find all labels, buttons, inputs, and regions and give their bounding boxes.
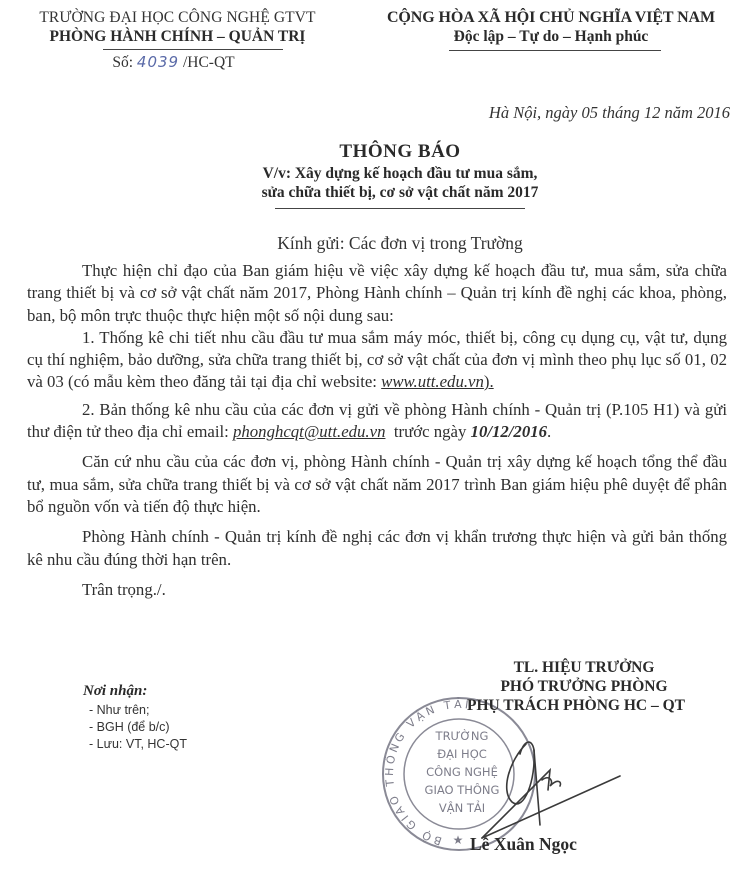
recipient-item: - Như trên; xyxy=(89,702,333,719)
item-1: 1. Thống kê chi tiết nhu cầu đầu tư mua … xyxy=(27,327,727,394)
recipients-list: - Như trên; - BGH (để b/c) - Lưu: VT, HC… xyxy=(89,702,333,753)
handwritten-number: 4039 xyxy=(137,53,179,71)
email-link[interactable]: phonghcqt@utt.edu.vn xyxy=(233,422,385,441)
paragraph-3: Căn cứ nhu cầu của các đơn vị, phòng Hàn… xyxy=(27,451,727,518)
item-1-text: 1. Thống kê chi tiết nhu cầu đầu tư mua … xyxy=(27,328,727,392)
number-prefix: Số: xyxy=(112,54,133,71)
title-block: THÔNG BÁO V/v: Xây dựng kế hoạch đầu tư … xyxy=(200,140,600,209)
signer-name: Lê Xuân Ngọc xyxy=(470,834,577,855)
intro-paragraph: Thực hiện chỉ đạo của Ban giám hiệu về v… xyxy=(27,260,727,327)
national-motto: Độc lập – Tự do – Hạnh phúc xyxy=(352,27,750,47)
organization-name: TRƯỜNG ĐẠI HỌC CÔNG NGHỆ GTVT xyxy=(0,8,355,27)
date-line: Hà Nội, ngày 05 tháng 12 năm 2016 xyxy=(489,103,730,123)
item-2-end: . xyxy=(547,422,551,441)
closing: Trân trọng./. xyxy=(27,579,727,601)
signature-block: TL. HIỆU TRƯỞNG PHÓ TRƯỞNG PHÒNG PHỤ TRÁ… xyxy=(400,658,740,715)
document-body: Thực hiện chỉ đạo của Ban giám hiệu về v… xyxy=(27,260,727,601)
greeting: Kính gửi: Các đơn vị trong Trường xyxy=(200,233,600,254)
divider xyxy=(275,208,525,209)
subject-line-1: V/v: Xây dựng kế hoạch đầu tư mua sắm, xyxy=(200,164,600,183)
signatory-authority: TL. HIỆU TRƯỞNG xyxy=(414,658,750,677)
recipients: Nơi nhận: - Như trên; - BGH (để b/c) - L… xyxy=(83,682,333,753)
divider xyxy=(449,50,661,51)
signature-icon xyxy=(480,730,660,840)
department-name: PHÒNG HÀNH CHÍNH – QUẢN TRỊ xyxy=(0,27,355,46)
divider xyxy=(103,49,283,50)
item-2-mid: trước ngày xyxy=(385,422,470,441)
deadline: 10/12/2016 xyxy=(471,422,547,441)
nation-name: CỘNG HÒA XÃ HỘI CHỦ NGHĨA VIỆT NAM xyxy=(352,8,750,27)
paragraph-4: Phòng Hành chính - Quản trị kính đề nghị… xyxy=(27,526,727,571)
recipient-item: - BGH (để b/c) xyxy=(89,719,333,736)
website-link[interactable]: www.utt.edu.vn xyxy=(381,372,484,391)
document-number: Số: 4039 /HC-QT xyxy=(0,52,351,73)
issuing-agency: TRƯỜNG ĐẠI HỌC CÔNG NGHỆ GTVT PHÒNG HÀNH… xyxy=(0,8,355,73)
recipients-label: Nơi nhận: xyxy=(83,682,333,701)
signatory-role: PHỤ TRÁCH PHÒNG HC – QT xyxy=(406,696,746,715)
document-title: THÔNG BÁO xyxy=(200,140,600,164)
signatory-position: PHÓ TRƯỞNG PHÒNG xyxy=(414,677,750,696)
item-1-end: ). xyxy=(484,372,494,391)
item-2: 2. Bản thống kê nhu cầu của các đơn vị g… xyxy=(27,399,727,444)
svg-text:★: ★ xyxy=(453,833,464,847)
subject-line-2: sửa chữa thiết bị, cơ sở vật chất năm 20… xyxy=(200,183,600,202)
national-header: CỘNG HÒA XÃ HỘI CHỦ NGHĨA VIỆT NAM Độc l… xyxy=(352,8,750,51)
number-suffix: /HC-QT xyxy=(183,54,235,71)
recipient-item: - Lưu: VT, HC-QT xyxy=(89,736,333,753)
svg-text:VẬN TẢI: VẬN TẢI xyxy=(439,799,485,815)
